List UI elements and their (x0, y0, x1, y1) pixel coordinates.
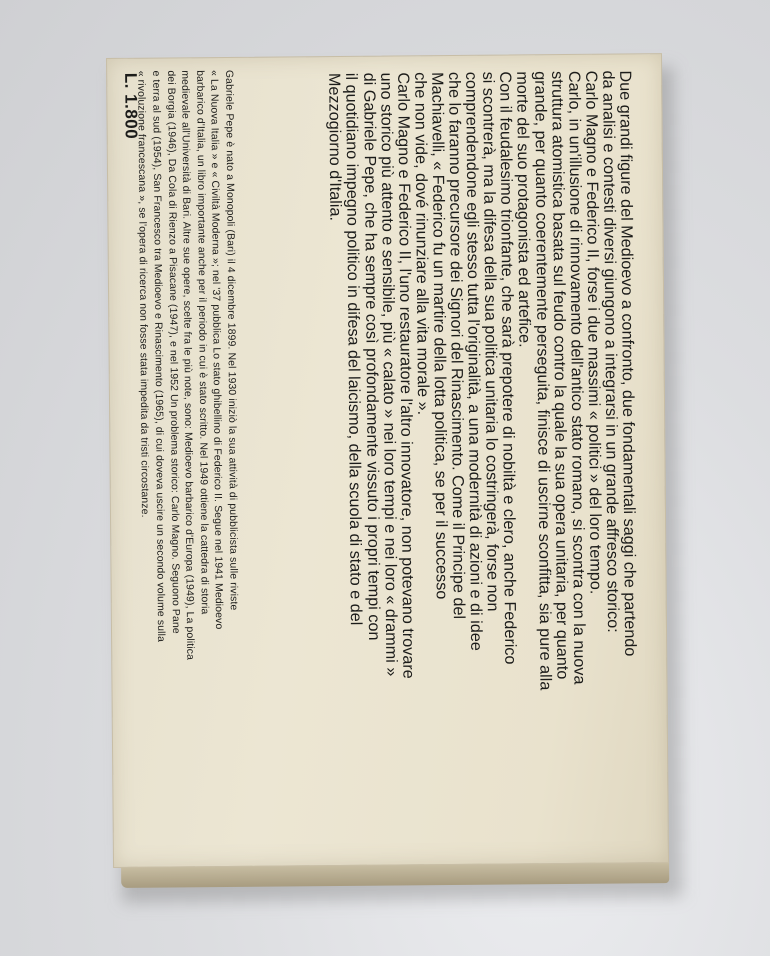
blurb-text: Due grandi figure del Medioevo a confron… (325, 70, 638, 692)
back-cover: L. 1.800 Due grandi figure del Medioevo … (106, 53, 669, 868)
book: L. 1.800 Due grandi figure del Medioevo … (106, 53, 667, 876)
author-bio: Gabriele Pepe è nato a Monopoli (Bari) i… (133, 70, 240, 661)
